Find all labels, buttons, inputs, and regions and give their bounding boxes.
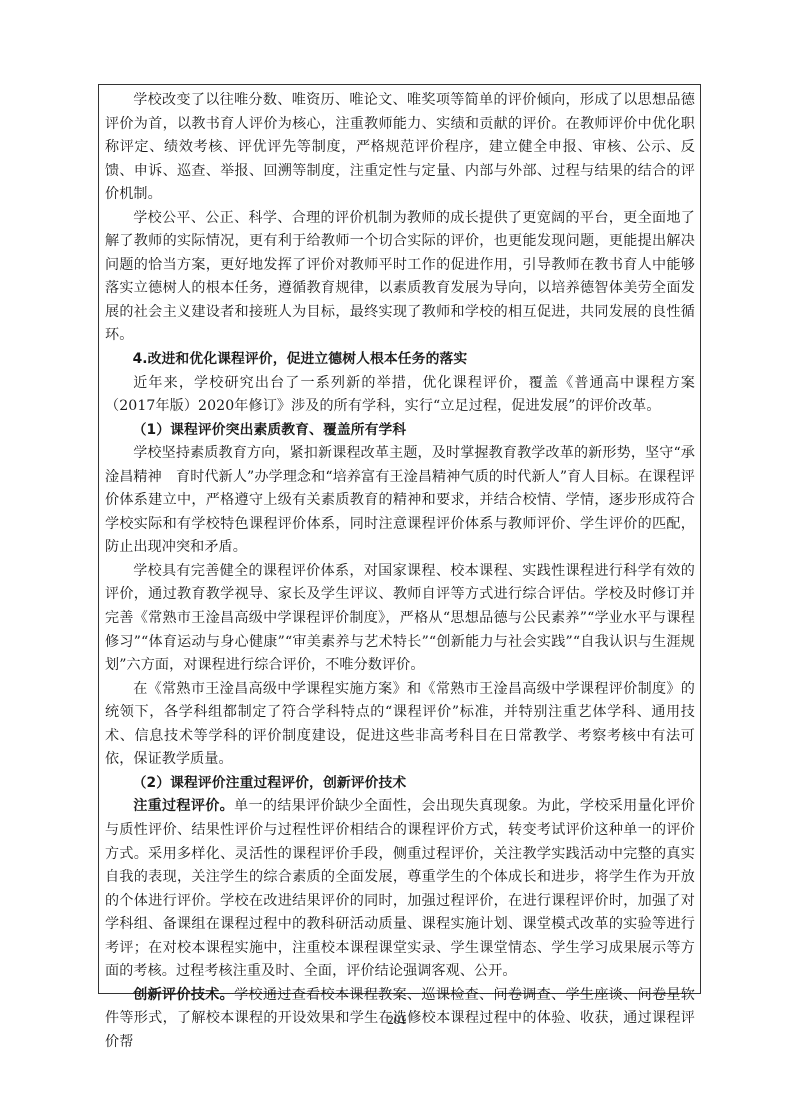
page-number: 201 [0, 1012, 794, 1028]
subsection-heading-1: （1）课程评价突出素质教育、覆盖所有学科 [105, 419, 695, 443]
paragraph-quality-education: 学校坚持素质教育方向，紧扣新课程改革主题，及时掌握教育教学改革的新形势，坚守“承… [105, 442, 695, 560]
document-body: 学校改变了以往唯分数、唯资历、唯论文、唯奖项等简单的评价倾向，形成了以思想品德评… [105, 89, 695, 1054]
process-evaluation-text: 单一的结果评价缺少全面性，会出现失真现象。为此，学校采用量化评价与质性评价、结果… [105, 798, 695, 979]
paragraph-evaluation-system: 学校具有完善健全的课程评价体系，对国家课程、校本课程、实践性课程进行科学有效的评… [105, 560, 695, 678]
lead-process-evaluation: 注重过程评价。 [133, 798, 234, 814]
paragraph-process-evaluation: 注重过程评价。单一的结果评价缺少全面性，会出现失真现象。为此，学校采用量化评价与… [105, 795, 695, 983]
section-heading-4: 4.改进和优化课程评价，促进立德树人根本任务的落实 [105, 348, 695, 372]
paragraph-course-evaluation-intro: 近年来，学校研究出台了一系列新的举措，优化课程评价，覆盖《普通高中课程方案（20… [105, 372, 695, 419]
subsection-heading-2: （2）课程评价注重过程评价，创新评价技术 [105, 772, 695, 796]
lead-innovative-evaluation: 创新评价技术。 [133, 987, 234, 1003]
content-frame: 学校改变了以往唯分数、唯资历、唯论文、唯奖项等简单的评价倾向，形成了以思想品德评… [98, 84, 701, 994]
paragraph-teacher-evaluation-reform: 学校改变了以往唯分数、唯资历、唯论文、唯奖项等简单的评价倾向，形成了以思想品德评… [105, 89, 695, 207]
paragraph-evaluation-mechanism: 学校公平、公正、科学、合理的评价机制为教师的成长提供了更宽阔的平台，更全面地了解… [105, 207, 695, 348]
paragraph-subject-standards: 在《常熟市王淦昌高级中学课程实施方案》和《常熟市王淦昌高级中学课程评价制度》的统… [105, 678, 695, 772]
